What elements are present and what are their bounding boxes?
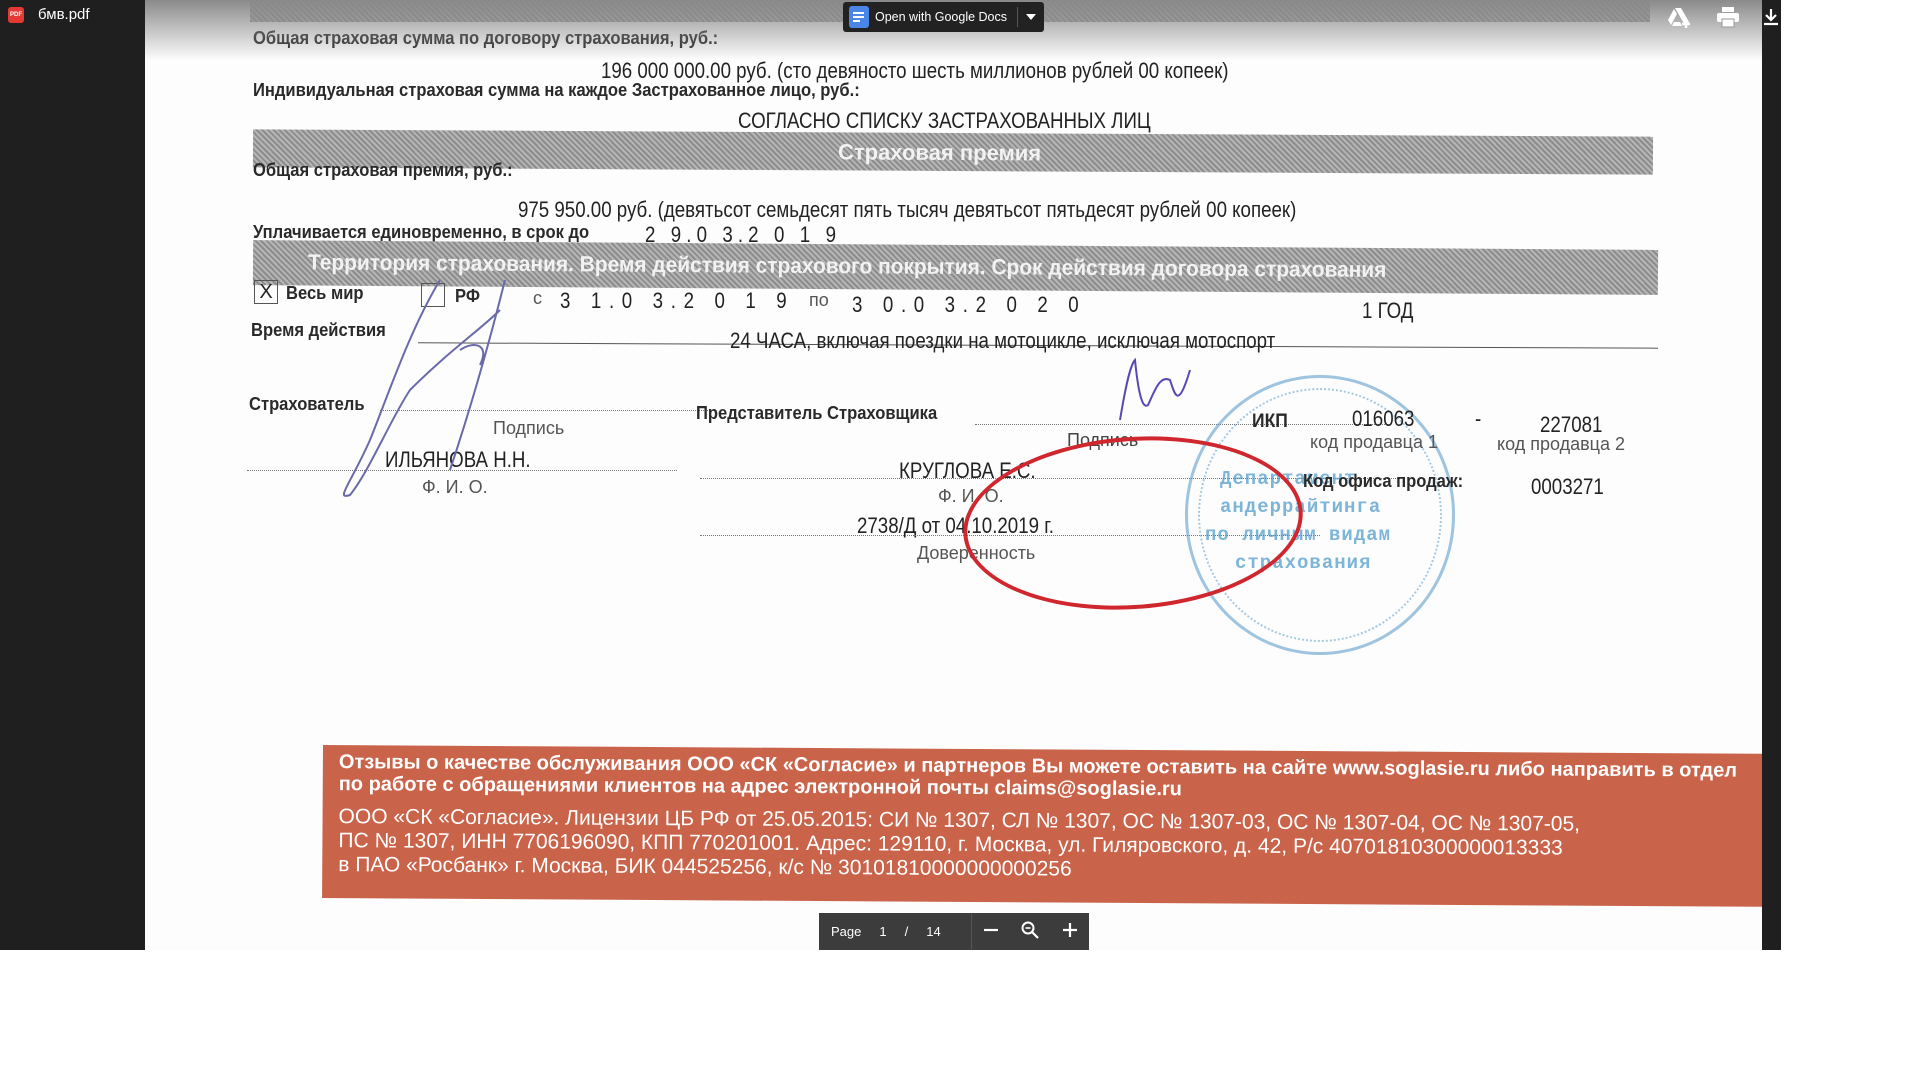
representative-signature-scribble xyxy=(1100,350,1220,430)
seller-code-2-caption: код продавца 2 xyxy=(1497,434,1625,455)
zoom-reset-button[interactable] xyxy=(1021,921,1039,942)
open-with-google-docs-button[interactable]: Open with Google Docs xyxy=(843,2,1044,32)
file-name: бмв.pdf xyxy=(38,6,90,23)
print-icon[interactable] xyxy=(1716,6,1740,33)
add-to-drive-icon[interactable] xyxy=(1667,6,1693,35)
company-info-banner: Отзывы о качестве обслуживания ООО «СК «… xyxy=(322,745,1762,907)
google-docs-icon xyxy=(849,6,869,28)
download-icon[interactable] xyxy=(1763,8,1779,31)
banner-line-2: по работе с обращениями клиентов на адре… xyxy=(339,773,1182,801)
premium-value: 975 950.00 руб. (девятьсот семьдесят пят… xyxy=(518,197,1296,223)
checkbox-world: X xyxy=(254,280,278,304)
magnifier-icon xyxy=(1021,921,1039,939)
seller-code-dash: - xyxy=(1475,406,1481,432)
minus-icon xyxy=(983,922,999,938)
period-length: 1 ГОД xyxy=(1362,298,1413,324)
premium-label: Общая страховая премия, руб.: xyxy=(253,160,513,181)
ikp-label: ИКП xyxy=(1252,411,1288,433)
individual-sum-label: Индивидуальная страховая сумма на каждое… xyxy=(253,80,860,101)
office-code: 0003271 xyxy=(1531,474,1604,500)
period-to: 3 0.0 3.2 0 2 0 xyxy=(852,292,1086,318)
page-label: Page xyxy=(831,924,861,939)
premium-section-title: Страховая премия xyxy=(838,139,1041,166)
pdf-viewer: PDF бмв.pdf Общая страховая сумма по дог… xyxy=(0,0,1781,950)
representative-label: Представитель Страховщика xyxy=(696,403,937,424)
plus-icon xyxy=(1062,922,1078,938)
sum-label: Общая страховая сумма по договору страхо… xyxy=(253,28,718,49)
pdf-page: Общая страховая сумма по договору страхо… xyxy=(145,0,1762,950)
page-controls: Page 1 / 14 xyxy=(819,913,1089,950)
file-title: PDF бмв.pdf xyxy=(8,6,90,23)
open-with-label: Open with Google Docs xyxy=(875,10,1007,24)
individual-sum-value: СОГЛАСНО СПИСКУ ЗАСТРАХОВАННЫХ ЛИЦ xyxy=(738,108,1151,134)
page-separator: / xyxy=(905,924,909,939)
total-pages: 14 xyxy=(926,924,940,939)
pdf-icon: PDF xyxy=(8,7,24,23)
scroll-gutter xyxy=(1762,0,1781,950)
period-from: 3 1.0 3.2 0 1 9 xyxy=(560,288,794,314)
chevron-down-icon[interactable] xyxy=(1018,14,1044,20)
zoom-out-button[interactable] xyxy=(983,922,999,941)
seller-code-1-caption: код продавца 1 xyxy=(1310,432,1438,453)
current-page-input[interactable]: 1 xyxy=(879,924,886,939)
seller-code-1: 016063 xyxy=(1352,406,1414,432)
period-to-prefix: по xyxy=(809,290,829,311)
banner-line-5: в ПАО «Росбанк» г. Москва, БИК 044525256… xyxy=(338,853,1072,881)
office-code-label: Код офиса продаж: xyxy=(1303,471,1463,492)
zoom-in-button[interactable] xyxy=(1062,922,1078,941)
insurer-signature-scribble xyxy=(330,270,590,510)
